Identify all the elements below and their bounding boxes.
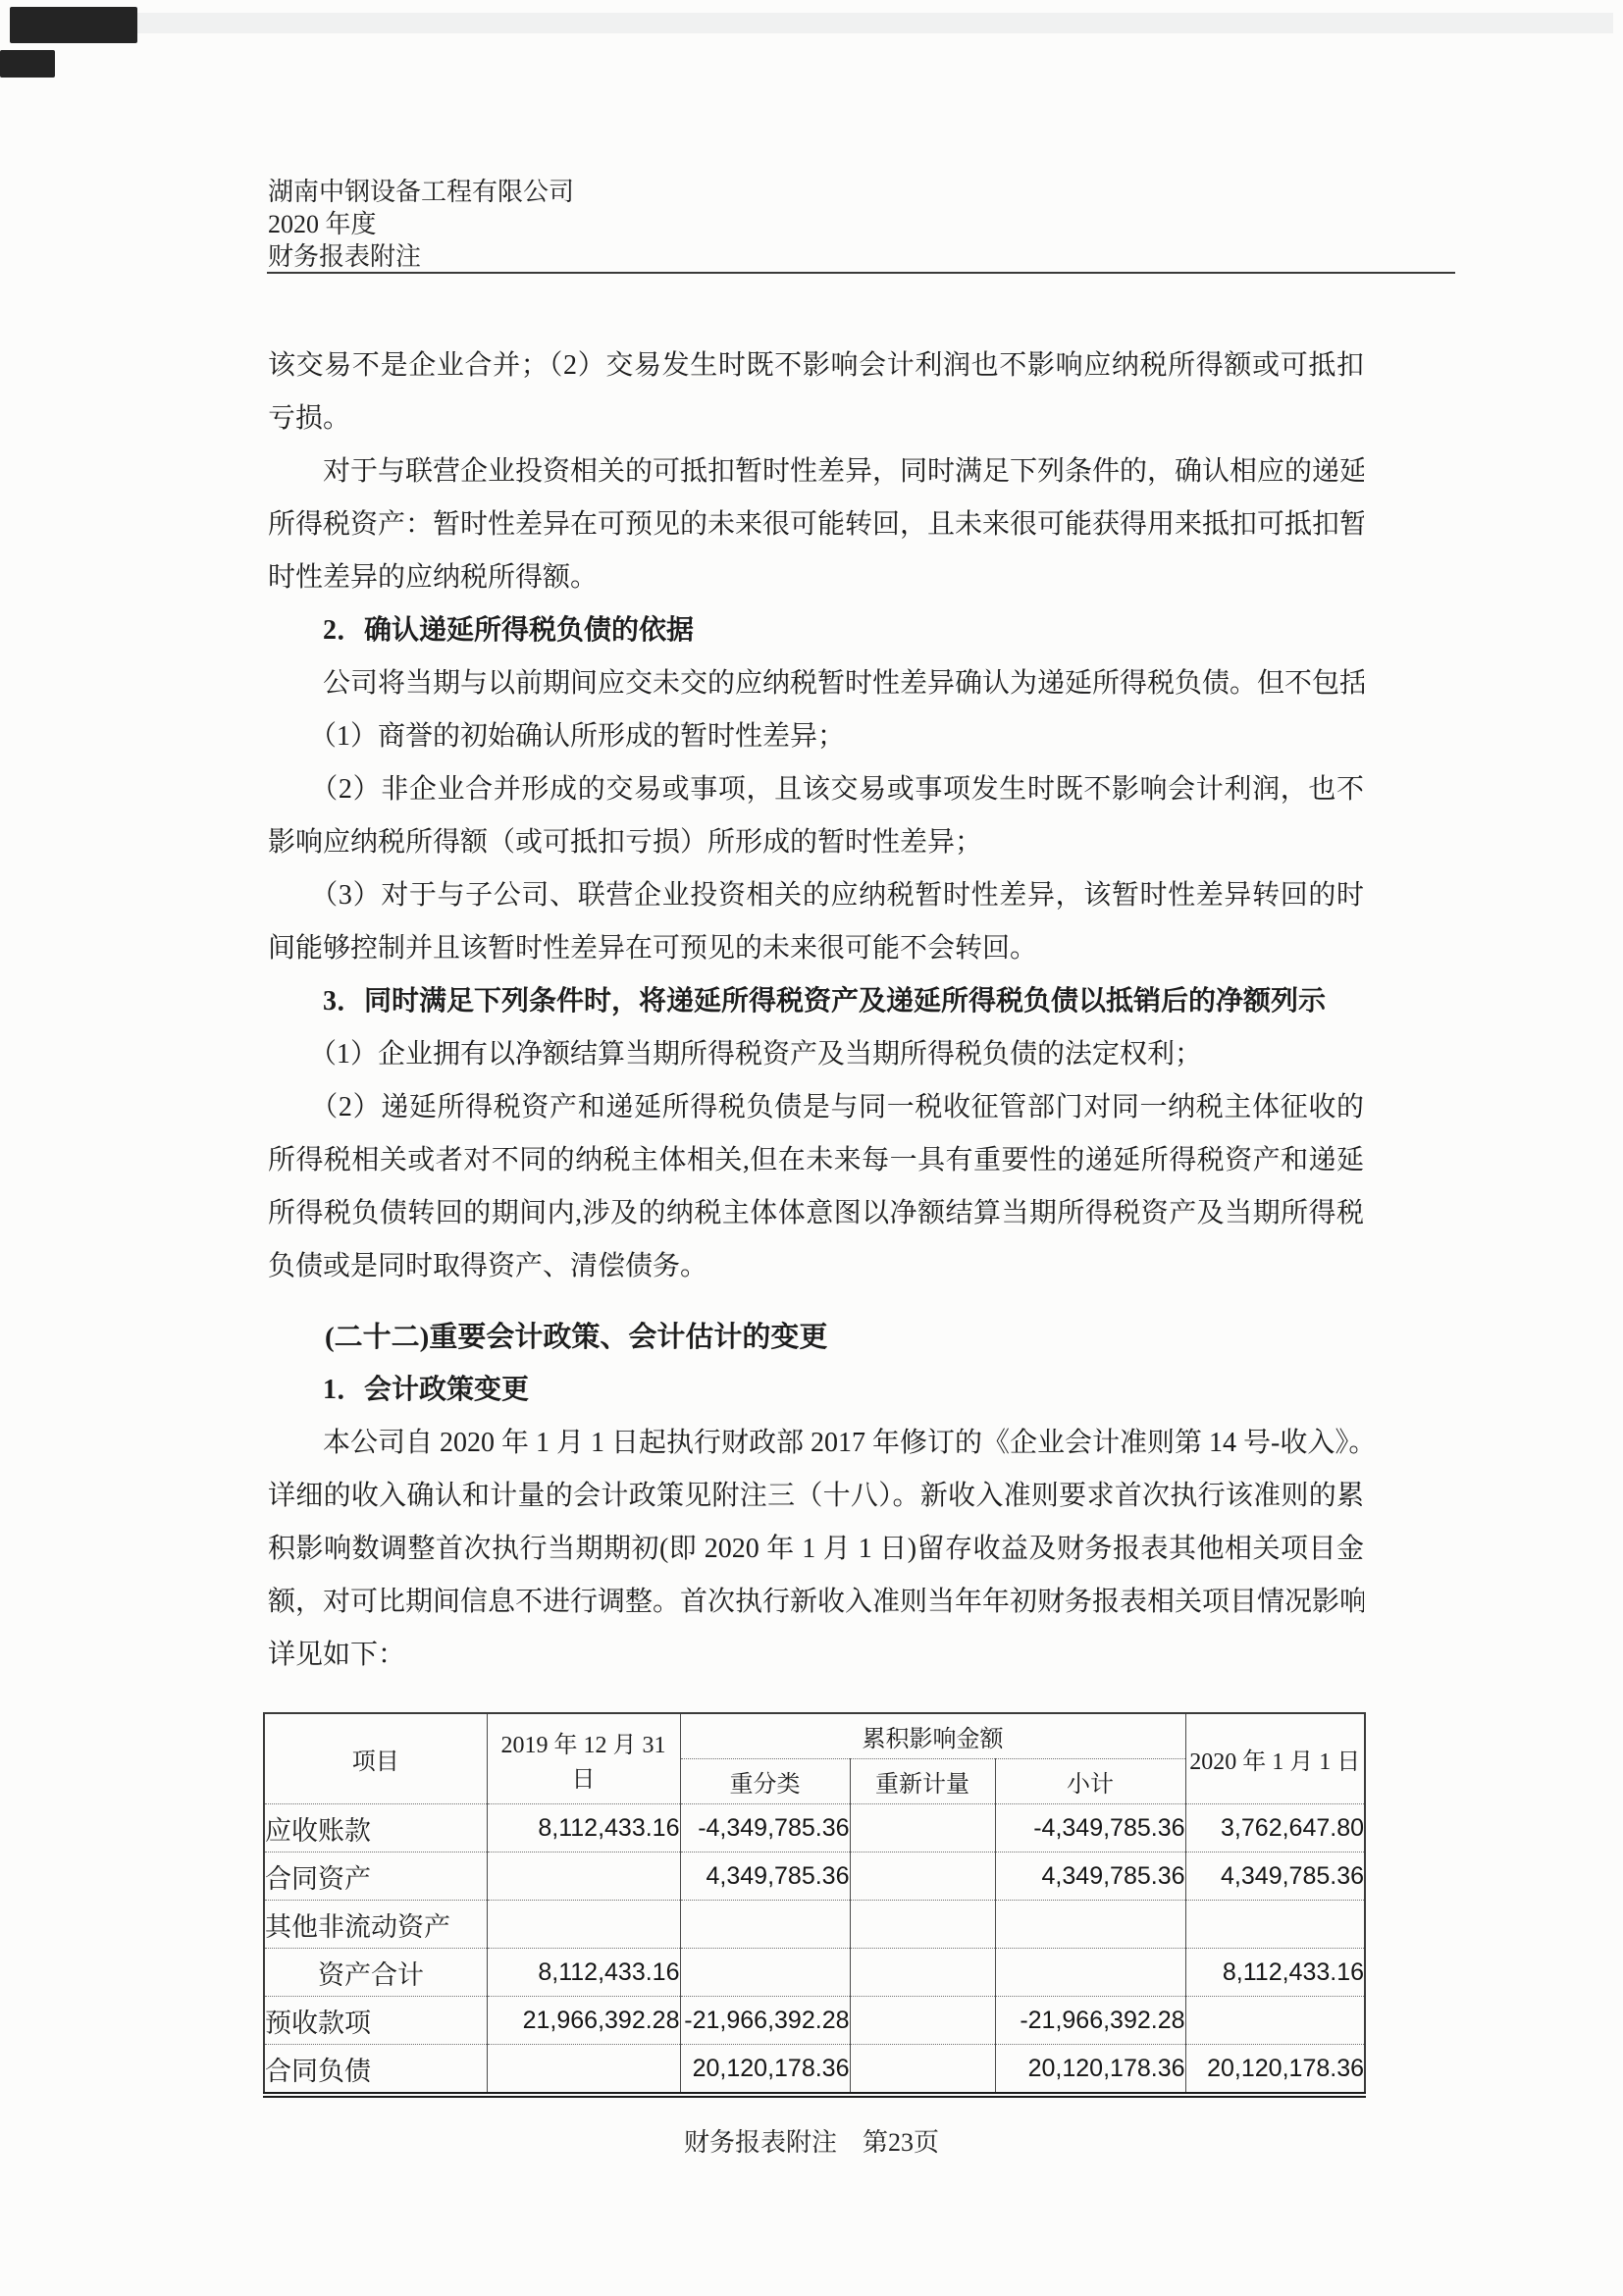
table-cell: 资产合计 — [264, 1949, 487, 1997]
table-cell: 4,349,785.36 — [1185, 1852, 1365, 1901]
table-cell: 8,112,433.16 — [487, 1949, 680, 1997]
text-line: （1）企业拥有以净额结算当期所得税资产及当期所得税负债的法定权利； — [268, 1028, 1364, 1081]
text-line: 额，对可比期间信息不进行调整。首次执行新收入准则当年年初财务报表相关项目情况影响 — [268, 1576, 1364, 1629]
text-line: 间能够控制并且该暂时性差异在可预见的未来很可能不会转回。 — [268, 922, 1364, 975]
company-name: 湖南中钢设备工程有限公司 — [268, 176, 574, 208]
text-line: 2．确认递延所得税负债的依据 — [268, 604, 1364, 657]
text-line: 该交易不是企业合并；（2）交易发生时既不影响会计利润也不影响应纳税所得额或可抵扣 — [268, 339, 1364, 392]
text-line: 1．会计政策变更 — [268, 1364, 1364, 1417]
impact-table-body: 应收账款8,112,433.16-4,349,785.36-4,349,785.… — [264, 1804, 1365, 2096]
table-cell — [850, 1852, 995, 1901]
scan-artifact-mark — [0, 50, 55, 78]
table-cell: 20,120,178.36 — [995, 2045, 1185, 2096]
text-line: 积影响数调整首次执行当期期初(即 2020 年 1 月 1 日)留存收益及财务报… — [268, 1523, 1364, 1576]
table-row: 合同资产4,349,785.364,349,785.364,349,785.36 — [264, 1852, 1365, 1901]
text-line: 详细的收入确认和计量的会计政策见附注三（十八）。新收入准则要求首次执行该准则的累 — [268, 1470, 1364, 1523]
page-footer: 财务报表附注 第23页 — [0, 2122, 1623, 2159]
table-cell — [680, 1901, 850, 1949]
column-header-reclass: 重分类 — [680, 1759, 850, 1804]
table-cell: 3,762,647.80 — [1185, 1804, 1365, 1852]
column-header-subtotal: 小计 — [995, 1759, 1185, 1804]
table-cell: 预收款项 — [264, 1997, 487, 2045]
table-cell — [487, 2045, 680, 2096]
text-line: 详见如下： — [268, 1629, 1364, 1682]
table-row: 合同负债20,120,178.3620,120,178.3620,120,178… — [264, 2045, 1365, 2096]
table-cell: 4,349,785.36 — [995, 1852, 1185, 1901]
table-cell — [995, 1901, 1185, 1949]
text-line: 3．同时满足下列条件时，将递延所得税资产及递延所得税负债以抵销后的净额列示 — [268, 975, 1364, 1028]
table-cell: -4,349,785.36 — [680, 1804, 850, 1852]
table-cell: 应收账款 — [264, 1804, 487, 1852]
table-cell — [995, 1949, 1185, 1997]
table-cell — [1185, 1997, 1365, 2045]
text-line: 公司将当期与以前期间应交未交的应纳税暂时性差异确认为递延所得税负债。但不包括： — [268, 657, 1364, 710]
table-row: 其他非流动资产 — [264, 1901, 1365, 1949]
table-cell — [850, 2045, 995, 2096]
table-cell: -21,966,392.28 — [680, 1997, 850, 2045]
text-line: 影响应纳税所得额（或可抵扣亏损）所形成的暂时性差异； — [268, 816, 1364, 869]
text-line: （3）对于与子公司、联营企业投资相关的应纳税暂时性差异，该暂时性差异转回的时 — [268, 869, 1364, 922]
table-cell — [1185, 1901, 1365, 1949]
text-line: 所得税资产：暂时性差异在可预见的未来很可能转回，且未来很可能获得用来抵扣可抵扣暂 — [268, 498, 1364, 551]
table-cell — [680, 1949, 850, 1997]
table-row: 预收款项21,966,392.28-21,966,392.28-21,966,3… — [264, 1997, 1365, 2045]
table-row: 应收账款8,112,433.16-4,349,785.36-4,349,785.… — [264, 1804, 1365, 1852]
table-cell — [850, 1804, 995, 1852]
text-line: 所得税负债转回的期间内,涉及的纳税主体体意图以净额结算当期所得税资产及当期所得税 — [268, 1187, 1364, 1240]
text-line: 本公司自 2020 年 1 月 1 日起执行财政部 2017 年修订的《企业会计… — [268, 1417, 1364, 1470]
table-cell: 21,966,392.28 — [487, 1997, 680, 2045]
text-line: 时性差异的应纳税所得额。 — [268, 551, 1364, 604]
scan-artifact-mark — [10, 7, 137, 43]
impact-table-container: 项目 2019 年 12 月 31 日 累积影响金额 2020 年 1 月 1 … — [263, 1712, 1366, 2098]
column-header-2020: 2020 年 1 月 1 日 — [1185, 1713, 1365, 1804]
table-cell: 合同负债 — [264, 2045, 487, 2096]
column-header-2019: 2019 年 12 月 31 日 — [487, 1713, 680, 1804]
text-line: 亏损。 — [268, 392, 1364, 445]
text-line: （2）递延所得税资产和递延所得税负债是与同一税收征管部门对同一纳税主体征收的 — [268, 1081, 1364, 1134]
table-cell: 4,349,785.36 — [680, 1852, 850, 1901]
column-header-item: 项目 — [264, 1713, 487, 1804]
fiscal-year: 2020 年度 — [268, 208, 574, 240]
column-header-cumulative-impact: 累积影响金额 — [680, 1713, 1185, 1759]
text-line: 对于与联营企业投资相关的可抵扣暂时性差异，同时满足下列条件的，确认相应的递延 — [268, 445, 1364, 498]
table-cell: 8,112,433.16 — [487, 1804, 680, 1852]
text-line: (二十二)重要会计政策、会计估计的变更 — [268, 1311, 1364, 1364]
header-divider — [267, 272, 1455, 274]
document-header: 湖南中钢设备工程有限公司 2020 年度 财务报表附注 — [268, 176, 574, 273]
document-title: 财务报表附注 — [268, 240, 574, 273]
table-header-row: 项目 2019 年 12 月 31 日 累积影响金额 2020 年 1 月 1 … — [264, 1713, 1365, 1759]
table-cell: 20,120,178.36 — [680, 2045, 850, 2096]
text-line: （1）商誉的初始确认所形成的暂时性差异； — [268, 710, 1364, 763]
table-cell — [487, 1901, 680, 1949]
text-line: 负债或是同时取得资产、清偿债务。 — [268, 1240, 1364, 1293]
table-cell: -21,966,392.28 — [995, 1997, 1185, 2045]
column-header-remeasure: 重新计量 — [850, 1759, 995, 1804]
body-text: 该交易不是企业合并；（2）交易发生时既不影响会计利润也不影响应纳税所得额或可抵扣… — [268, 339, 1364, 1682]
table-row: 资产合计8,112,433.168,112,433.16 — [264, 1949, 1365, 1997]
table-cell — [850, 1901, 995, 1949]
text-line: （2）非企业合并形成的交易或事项，且该交易或事项发生时既不影响会计利润，也不 — [268, 763, 1364, 816]
table-cell: 8,112,433.16 — [1185, 1949, 1365, 1997]
document-page: 湖南中钢设备工程有限公司 2020 年度 财务报表附注 该交易不是企业合并；（2… — [0, 0, 1623, 2296]
table-cell: 20,120,178.36 — [1185, 2045, 1365, 2096]
table-cell: -4,349,785.36 — [995, 1804, 1185, 1852]
scan-artifact-band — [14, 13, 1613, 33]
text-line: 所得税相关或者对不同的纳税主体相关,但在未来每一具有重要性的递延所得税资产和递延 — [268, 1134, 1364, 1187]
table-cell — [850, 1997, 995, 2045]
impact-table: 项目 2019 年 12 月 31 日 累积影响金额 2020 年 1 月 1 … — [263, 1712, 1366, 2098]
table-cell: 其他非流动资产 — [264, 1901, 487, 1949]
table-cell — [487, 1852, 680, 1901]
table-cell — [850, 1949, 995, 1997]
table-cell: 合同资产 — [264, 1852, 487, 1901]
